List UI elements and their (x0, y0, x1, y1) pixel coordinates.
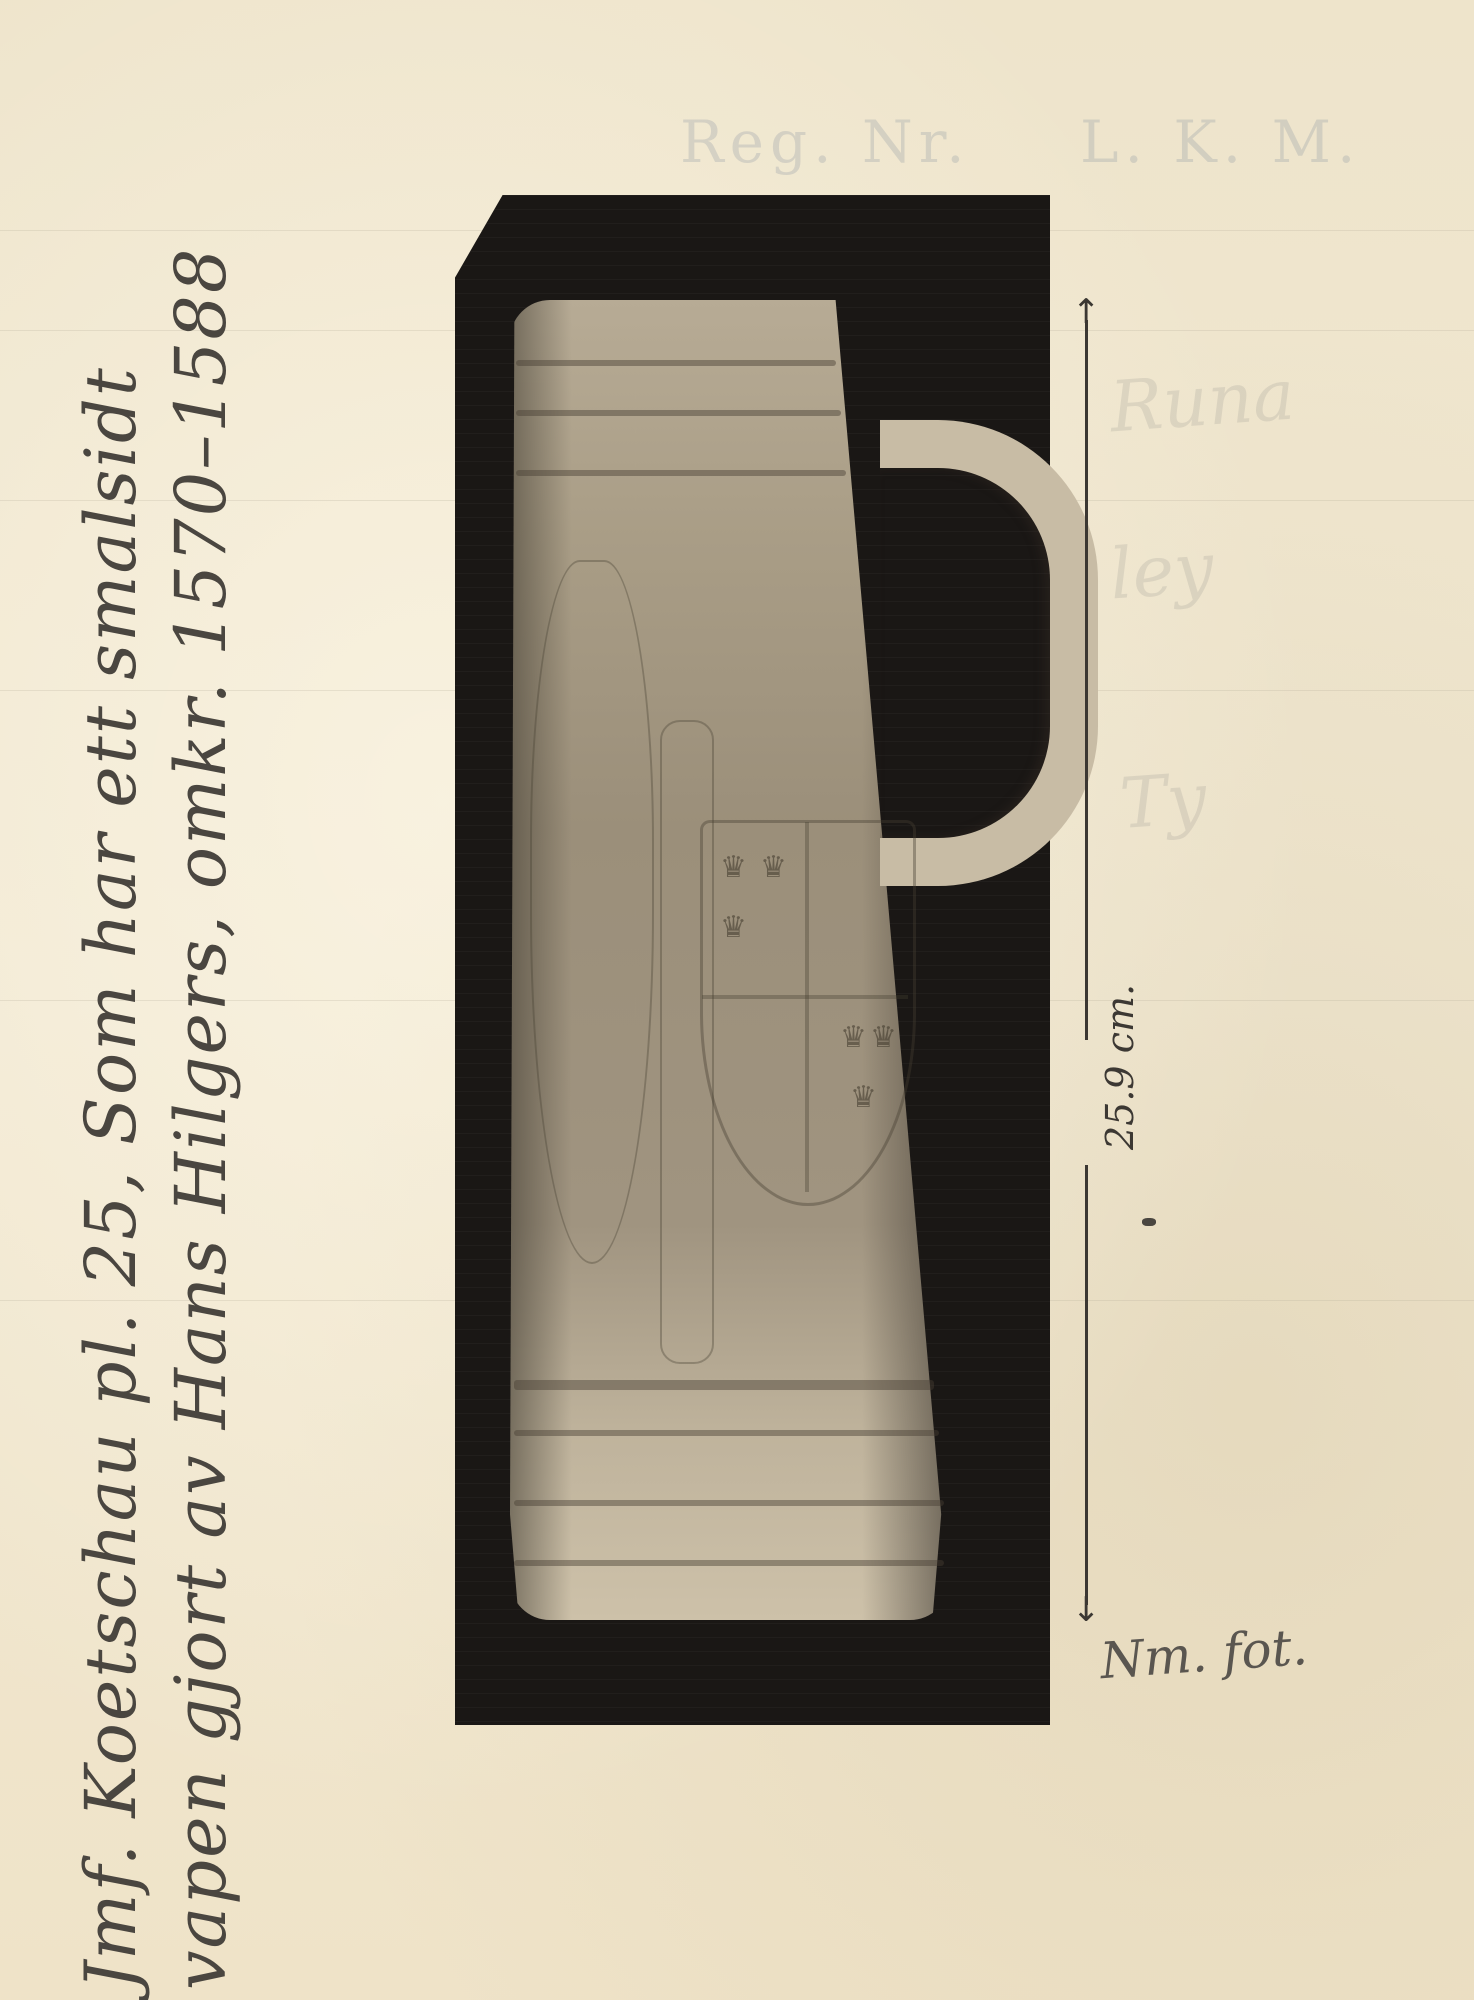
tankard-relief-left (530, 560, 654, 1264)
tankard-ring (516, 470, 846, 476)
bleed-header-right: L. K. M. (1080, 108, 1361, 176)
bleed-through-script: ley (1107, 526, 1216, 615)
crown-icon: ♛ (720, 850, 747, 885)
bleed-through-script: Runa (1107, 354, 1297, 449)
bleed-header-left: Reg. Nr. (680, 108, 971, 176)
bleed-through-script: Ty (1117, 757, 1209, 845)
tankard-handle (880, 420, 1098, 886)
crown-icon: ♛ (850, 1080, 877, 1115)
handwritten-caption-line2: vapen gjort av Hans Hilgers, omkr. 1570–… (160, 247, 242, 1990)
ink-spot (1142, 1218, 1156, 1226)
arrow-down-icon: ↓ (1072, 1590, 1101, 1630)
tankard-ring (514, 1500, 944, 1506)
crown-icon: ♛ (870, 1020, 897, 1055)
tankard-ring (514, 1560, 944, 1566)
tankard-ring (516, 410, 841, 416)
measurement-line-top (1085, 320, 1088, 1040)
measurement-line-bottom (1085, 1165, 1088, 1605)
coat-of-arms-cross (805, 822, 809, 1192)
crown-icon: ♛ (760, 850, 787, 885)
tankard-ring (514, 1430, 939, 1436)
bleed-through-header: Reg. Nr. L. K. M. (640, 108, 1440, 188)
crown-icon: ♛ (840, 1020, 867, 1055)
coat-of-arms-cross (702, 995, 908, 999)
handwritten-caption-line1: Jmf. Koetschau pl. 25, Som har ett smals… (70, 366, 152, 1990)
crown-icon: ♛ (720, 910, 747, 945)
measurement-label: 25.9 cm. (1098, 984, 1142, 1150)
tankard-ring (516, 360, 836, 366)
tankard-frieze (514, 1380, 934, 1390)
